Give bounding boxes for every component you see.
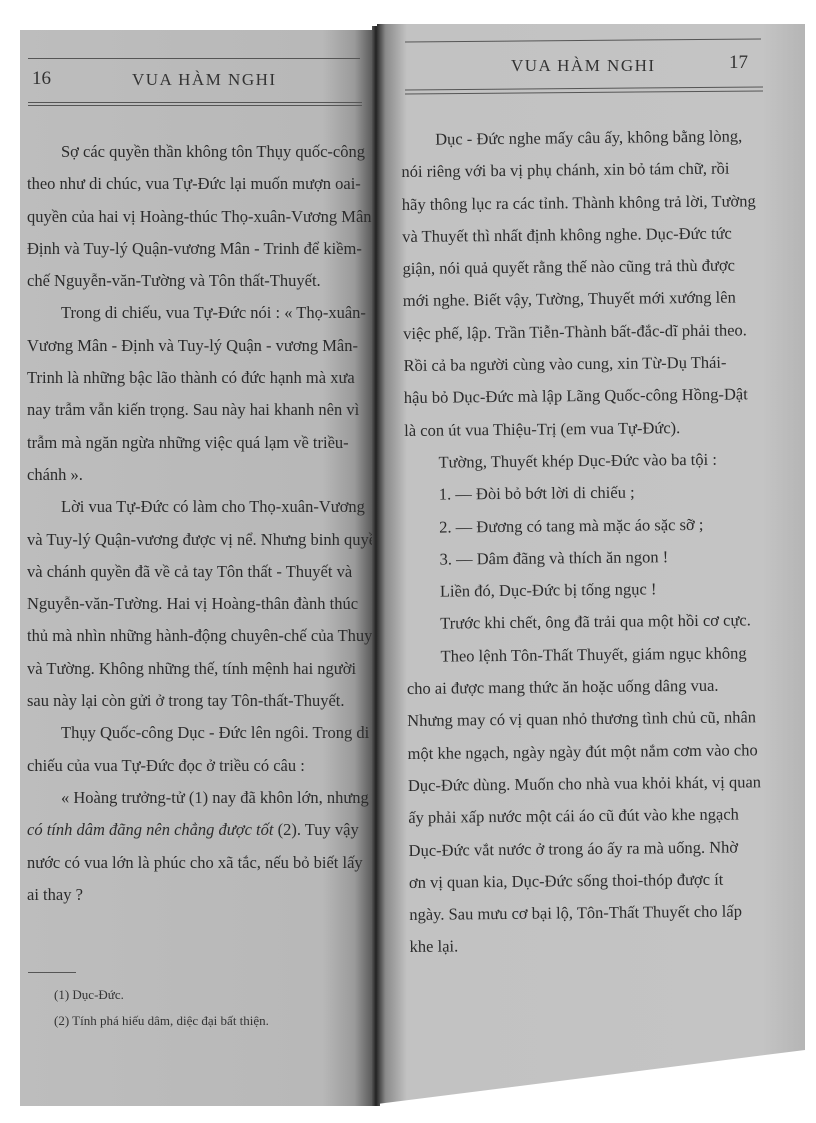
text-line: và chánh quyền đã về cả tay Tôn thất - T…: [27, 556, 369, 588]
text-line: quyền của hai vị Hoàng-thúc Thọ-xuân-Vươ…: [27, 201, 369, 233]
text-line: chánh ».: [27, 459, 369, 491]
text-line: « Hoàng trưởng-tử (1) nay đã khôn lớn, n…: [27, 782, 369, 814]
text-line: Trong di chiếu, vua Tự-Đức nói : « Thọ-x…: [27, 297, 369, 329]
text-line: nay trẫm vẫn kiến trọng. Sau này hai kha…: [27, 394, 369, 426]
text-line: Dục - Đức nghe mấy câu ấy, không bằng lò…: [401, 120, 771, 156]
left-page: 16 VUA HÀM NGHI Sợ các quyền thần không …: [20, 30, 376, 1106]
header-bottom-rule: [28, 102, 362, 103]
text-line: 2. — Đương có tang mà mặc áo sặc sỡ ;: [405, 508, 775, 544]
footnote-2: (2) Tính phá hiếu dâm, diệc đại bất thiệ…: [54, 1008, 269, 1034]
footnotes: (1) Dục-Đức. (2) Tính phá hiếu dâm, diệc…: [54, 982, 269, 1034]
text-line: Dục-Đức vắt nước ở trong áo ấy ra mà uốn…: [408, 831, 778, 867]
header-top-rule: [28, 58, 360, 59]
text-line: ai thay ?: [27, 879, 369, 911]
text-line: 1. — Đòi bỏ bớt lời di chiếu ;: [405, 475, 775, 511]
header-bottom-rule-double: [28, 105, 362, 106]
running-head: VUA HÀM NGHI: [511, 56, 656, 76]
footnote-rule: [28, 972, 76, 973]
text-line: có tính dâm đãng nên chẳng được tốt (2).…: [27, 814, 369, 846]
text-line: và Tuy-lý Quận-vương được vị nể. Nhưng b…: [27, 524, 369, 556]
text-line: và Tường. Không những thế, tính mệnh hai…: [27, 653, 369, 685]
left-page-body: Sợ các quyền thần không tôn Thụy quốc-cô…: [27, 136, 369, 911]
text-line: Định và Tuy-lý Quận-vương Mân - Trinh để…: [27, 233, 369, 265]
text-line: Dục-Đức dùng. Muốn cho nhà vua khỏi khát…: [408, 766, 778, 802]
text-line: chế Nguyễn-văn-Tường và Tôn thất-Thuyết.: [27, 265, 369, 297]
text-line: 3. — Dâm đãng và thích ăn ngon !: [405, 540, 775, 576]
text-line: theo như di chúc, vua Tự-Đức lại muốn mư…: [27, 168, 369, 200]
text-line: việc phế, lập. Trần Tiễn-Thành bất-đắc-d…: [403, 314, 773, 350]
text-line: mới nghe. Biết vậy, Tường, Thuyết mới xư…: [403, 282, 773, 318]
text-line: Trước khi chết, ông đã trải qua một hồi …: [406, 605, 776, 641]
italic-quote: có tính dâm đãng nên chẳng được tốt: [27, 820, 273, 839]
text-line: ấy phải xấp nước một cái áo cũ đút vào k…: [408, 798, 778, 834]
text-line: Nhưng may có vị quan nhỏ thương tình chủ…: [407, 701, 777, 737]
text-line: nước có vua lớn là phúc cho xã tắc, nếu …: [27, 847, 369, 879]
text-line: Rồi cả ba người cùng vào cung, xin Từ-Dụ…: [403, 346, 773, 382]
right-page: VUA HÀM NGHI 17 Dục - Đức nghe mấy câu ấ…: [377, 24, 805, 1104]
text-line: và Thuyết thì nhất định không nghe. Dục-…: [402, 217, 772, 253]
text-line: hãy thông lục ra các tỉnh. Thành không t…: [402, 185, 772, 221]
text-run: (2). Tuy vậy: [273, 820, 358, 839]
text-line: khe lại.: [409, 928, 779, 964]
text-line: Tường, Thuyết khép Dục-Đức vào ba tội :: [404, 443, 774, 479]
page-number: 16: [32, 68, 51, 90]
text-line: ngày. Sau mưu cơ bại lộ, Tôn-Thất Thuyết…: [409, 895, 779, 931]
text-line: Sợ các quyền thần không tôn Thụy quốc-cô…: [27, 136, 369, 168]
text-line: một khe ngạch, ngày ngày đút một nắm cơm…: [407, 734, 777, 770]
text-line: thủ mà nhìn những hành-động chuyên-chế c…: [27, 620, 369, 652]
text-line: nói riêng với ba vị phụ chánh, xin bỏ tá…: [401, 152, 771, 188]
page-number: 17: [729, 52, 748, 74]
text-line: trẫm mà ngăn ngừa những việc quá lạm về …: [27, 427, 369, 459]
text-line: Nguyễn-văn-Tường. Hai vị Hoàng-thân đành…: [27, 588, 369, 620]
text-line: giận, nói quả quyết rằng thế nào cũng tr…: [402, 249, 772, 285]
text-line: là con út vua Thiệu-Trị (em vua Tự-Đức).: [404, 411, 774, 447]
text-line: Theo lệnh Tôn-Thất Thuyết, giám ngục khô…: [406, 637, 776, 673]
text-line: Trinh là những bậc lão thành có đức hạnh…: [27, 362, 369, 394]
text-line: cho ai được mang thức ăn hoặc uống dâng …: [407, 669, 777, 705]
text-line: hậu bỏ Dục-Đức mà lập Lãng Quốc-công Hồn…: [404, 378, 774, 414]
book-scan: 16 VUA HÀM NGHI Sợ các quyền thần không …: [0, 0, 816, 1123]
running-head: VUA HÀM NGHI: [132, 70, 277, 90]
right-page-body: Dục - Đức nghe mấy câu ấy, không bằng lò…: [401, 120, 780, 964]
text-line: Vương Mân - Định và Tuy-lý Quận - vương …: [27, 330, 369, 362]
text-line: Thụy Quốc-công Dục - Đức lên ngôi. Trong…: [27, 717, 369, 749]
text-line: Liền đó, Dục-Đức bị tống ngục !: [406, 572, 776, 608]
text-line: Lời vua Tự-Đức có làm cho Thọ-xuân-Vương: [27, 491, 369, 523]
header-top-rule: [405, 38, 761, 42]
text-line: sau này lại còn gửi ở trong tay Tôn-thất…: [27, 685, 369, 717]
footnote-1: (1) Dục-Đức.: [54, 982, 269, 1008]
text-line: ơn vị quan kia, Dục-Đức sống thoi-thóp đ…: [409, 863, 779, 899]
text-line: chiếu của vua Tự-Đức đọc ở triều có câu …: [27, 750, 369, 782]
header-bottom-rule-double: [405, 90, 763, 94]
